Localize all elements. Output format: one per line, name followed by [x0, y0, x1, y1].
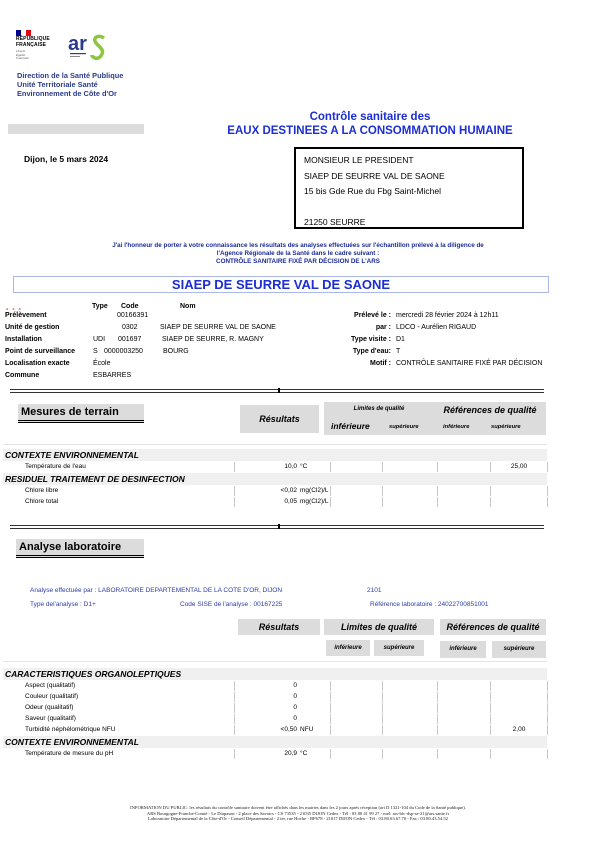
column-divider [437, 749, 438, 759]
header-refs-sup: supérieure [492, 641, 546, 658]
param-unit: mg(Cl2)/L [300, 486, 329, 496]
column-divider [330, 462, 331, 472]
param-ref-sup: 25,00 [496, 462, 542, 472]
column-divider [382, 749, 383, 759]
ident-label: Localisation exacte [5, 360, 70, 367]
category-row: CONTEXTE ENVIRONNEMENTAL [3, 736, 547, 748]
column-divider [382, 703, 383, 713]
table-row: Saveur (qualitatif)0 [3, 714, 547, 724]
sample-value: mercredi 28 février 2024 à 12h11 [396, 312, 499, 319]
category-row: CARACTERISTIQUES ORGANOLEPTIQUES [3, 668, 547, 680]
column-divider [330, 703, 331, 713]
column-divider [437, 497, 438, 507]
recipient-line: SIAEP DE SEURRE VAL DE SAONE [304, 169, 514, 185]
ars-logo-icon: ar [68, 30, 108, 60]
header-limits: Limites de qualité [324, 619, 434, 635]
column-divider [547, 462, 548, 472]
column-divider [547, 749, 548, 759]
column-divider [490, 486, 491, 496]
col-header-nom: Nom [180, 303, 196, 310]
ident-value: ESBARRES [93, 372, 131, 379]
ident-nom: SIAEP DE SEURRE VAL DE SAONE [160, 324, 276, 331]
ident-code: 001697 [118, 336, 141, 343]
ident-type: UDI [93, 336, 105, 343]
sise-code: Code SISE de l'analyse : 00167225 [180, 601, 282, 608]
footer-info: INFORMATION DU PUBLIC: les résultats du … [40, 805, 556, 822]
column-divider [330, 714, 331, 724]
divider [10, 389, 544, 393]
document-title: Contrôle sanitaire des EAUX DESTINEES A … [190, 110, 550, 138]
intro-paragraph: J'ai l'honneur de porter à votre connais… [30, 242, 566, 266]
table-row: Couleur (qualitatif)0 [3, 692, 547, 702]
ident-label: Unité de gestion [5, 324, 59, 331]
table-row: Aspect (qualitatif)0 [3, 681, 547, 691]
ident-label: Commune [5, 372, 39, 379]
column-divider [547, 725, 548, 735]
column-divider [490, 703, 491, 713]
column-divider [234, 692, 235, 702]
column-divider [330, 681, 331, 691]
republique-francaise-logo: RÉPUBLIQUE FRANÇAISE [16, 37, 50, 48]
lab-code: 2101 [367, 587, 381, 594]
sample-value: D1 [396, 336, 405, 343]
col-header-type: Type [92, 303, 108, 310]
param-value: 10,0 [235, 462, 297, 472]
column-divider [490, 725, 491, 735]
column-divider [547, 703, 548, 713]
column-divider [382, 681, 383, 691]
sample-label: Prélevé le : [303, 312, 391, 319]
column-divider [547, 714, 548, 724]
column-divider [382, 497, 383, 507]
ident-label: Installation [5, 336, 42, 343]
column-divider [490, 714, 491, 724]
column-divider [330, 692, 331, 702]
direction-header: Direction de la Santé Publique Unité Ter… [17, 71, 123, 98]
header-refs-inf: inférieure [443, 424, 469, 430]
header-refs: Références de qualité [440, 619, 546, 635]
param-name: Aspect (qualitatif) [25, 681, 75, 691]
republique-motto: Liberté Égalité Fraternité [16, 50, 29, 61]
recipient-line [304, 200, 514, 216]
column-divider [234, 714, 235, 724]
column-divider [490, 692, 491, 702]
ident-label: Prélèvement [5, 312, 47, 319]
section-title-terrain: Mesures de terrain [18, 404, 144, 423]
param-value: <0,02 [235, 486, 297, 496]
param-name: Température de l'eau [25, 462, 86, 472]
param-value: 0,05 [235, 497, 297, 507]
column-divider [382, 462, 383, 472]
column-divider [234, 486, 235, 496]
ident-nom: BOURG [163, 348, 189, 355]
param-unit: °C [300, 749, 307, 759]
header-limits-inf: inférieure [326, 640, 370, 656]
param-name: Chlore libre [25, 486, 58, 496]
column-divider [382, 714, 383, 724]
ident-label: Point de surveillance [5, 348, 75, 355]
column-divider [382, 486, 383, 496]
param-name: Odeur (qualitatif) [25, 703, 73, 713]
column-divider [234, 725, 235, 735]
param-name: Chlore total [25, 497, 58, 507]
svg-text:ar: ar [68, 33, 87, 55]
param-value: 0 [235, 714, 297, 724]
analysis-type: Type del'analyse : D1+ [30, 601, 96, 608]
param-name: Couleur (qualitatif) [25, 692, 78, 702]
column-divider [490, 497, 491, 507]
divider [3, 661, 547, 662]
column-divider [234, 703, 235, 713]
table-row: Température de l'eau10,0°C25,00 [3, 462, 547, 472]
column-divider [234, 749, 235, 759]
ident-code: 0302 [122, 324, 138, 331]
recipient-address-box: MONSIEUR LE PRESIDENT SIAEP DE SEURRE VA… [294, 147, 524, 229]
param-unit: NFU [300, 725, 313, 735]
column-divider [547, 486, 548, 496]
sample-label: par : [303, 324, 391, 331]
column-divider [437, 714, 438, 724]
param-name: Saveur (qualitatif) [25, 714, 76, 724]
table-row: Odeur (qualitatif)0 [3, 703, 547, 713]
param-value: 0 [235, 692, 297, 702]
header-refs-sup: supérieure [491, 424, 521, 430]
column-divider [330, 486, 331, 496]
param-name: Température de mesure du pH [25, 749, 113, 759]
recipient-line: 15 bis Gde Rue du Fbg Saint-Michel [304, 184, 514, 200]
column-divider [437, 692, 438, 702]
divider [3, 444, 547, 445]
category-row: CONTEXTE ENVIRONNEMENTAL [3, 449, 547, 461]
column-divider [234, 497, 235, 507]
table-row: Température de mesure du pH20,9°C [3, 749, 547, 759]
sample-value: T [396, 348, 400, 355]
recipient-line: 21250 SEURRE [304, 215, 514, 231]
column-divider [330, 497, 331, 507]
column-divider [234, 462, 235, 472]
column-divider [547, 497, 548, 507]
column-divider [547, 681, 548, 691]
divider [10, 525, 544, 529]
ident-type: S [93, 348, 98, 355]
column-divider [547, 692, 548, 702]
category-row: RESIDUEL TRAITEMENT DE DESINFECTION [3, 473, 547, 485]
sample-value: CONTRÔLE SANITAIRE FIXÉ PAR DÉCISION [396, 360, 542, 367]
ident-code: 00166391 [117, 312, 148, 319]
section-title-laboratoire: Analyse laboratoire [16, 539, 144, 558]
lab-performed-by: Analyse effectuée par : LABORATOIRE DEPA… [30, 587, 282, 594]
column-divider [234, 681, 235, 691]
table-row: Chlore total0,05mg(Cl2)/L [3, 497, 547, 507]
param-value: <0,50 [235, 725, 297, 735]
param-unit: mg(Cl2)/L [300, 497, 329, 507]
date-line: Dijon, le 5 mars 2024 [24, 154, 108, 164]
header-limits-inf: inférieure [331, 421, 370, 431]
lab-reference: Référence laboratoire : 24022700851001 [370, 601, 489, 608]
ident-value: École [93, 360, 111, 367]
param-ref-sup: 2,00 [496, 725, 542, 735]
header-results: Résultats [238, 619, 320, 635]
column-divider [330, 725, 331, 735]
header-limits-sup: supérieure [389, 424, 419, 430]
column-divider [490, 462, 491, 472]
param-value: 0 [235, 681, 297, 691]
header-refs-inf: inférieure [440, 641, 486, 658]
sample-value: LDCO - Aurélien RIGAUD [396, 324, 476, 331]
column-divider [490, 749, 491, 759]
ident-code: 0000003250 [104, 348, 143, 355]
sample-label: Type d'eau: [303, 348, 391, 355]
sample-label: Type visite : [303, 336, 391, 343]
column-divider [382, 725, 383, 735]
column-divider [437, 703, 438, 713]
redacted-bar [8, 124, 144, 134]
ident-nom: SIAEP DE SEURRE, R. MAGNY [162, 336, 264, 343]
sample-label: Motif : [303, 360, 391, 367]
header-refs: Références de qualité [434, 402, 546, 435]
col-header-code: Code [121, 303, 139, 310]
column-divider [437, 725, 438, 735]
recipient-line: MONSIEUR LE PRESIDENT [304, 153, 514, 169]
table-row: Chlore libre<0,02mg(Cl2)/L [3, 486, 547, 496]
table-row: Turbidité néphélométrique NFU<0,50NFU2,0… [3, 725, 547, 735]
param-value: 20,9 [235, 749, 297, 759]
column-divider [382, 692, 383, 702]
column-divider [437, 486, 438, 496]
param-name: Turbidité néphélométrique NFU [25, 725, 115, 735]
header-limits-sup: supérieure [374, 640, 424, 656]
column-divider [437, 681, 438, 691]
entity-banner: SIAEP DE SEURRE VAL DE SAONE [13, 276, 549, 293]
column-divider [330, 749, 331, 759]
column-divider [490, 681, 491, 691]
header-results: Résultats [240, 405, 319, 433]
param-value: 0 [235, 703, 297, 713]
param-unit: °C [300, 462, 307, 472]
column-divider [437, 462, 438, 472]
